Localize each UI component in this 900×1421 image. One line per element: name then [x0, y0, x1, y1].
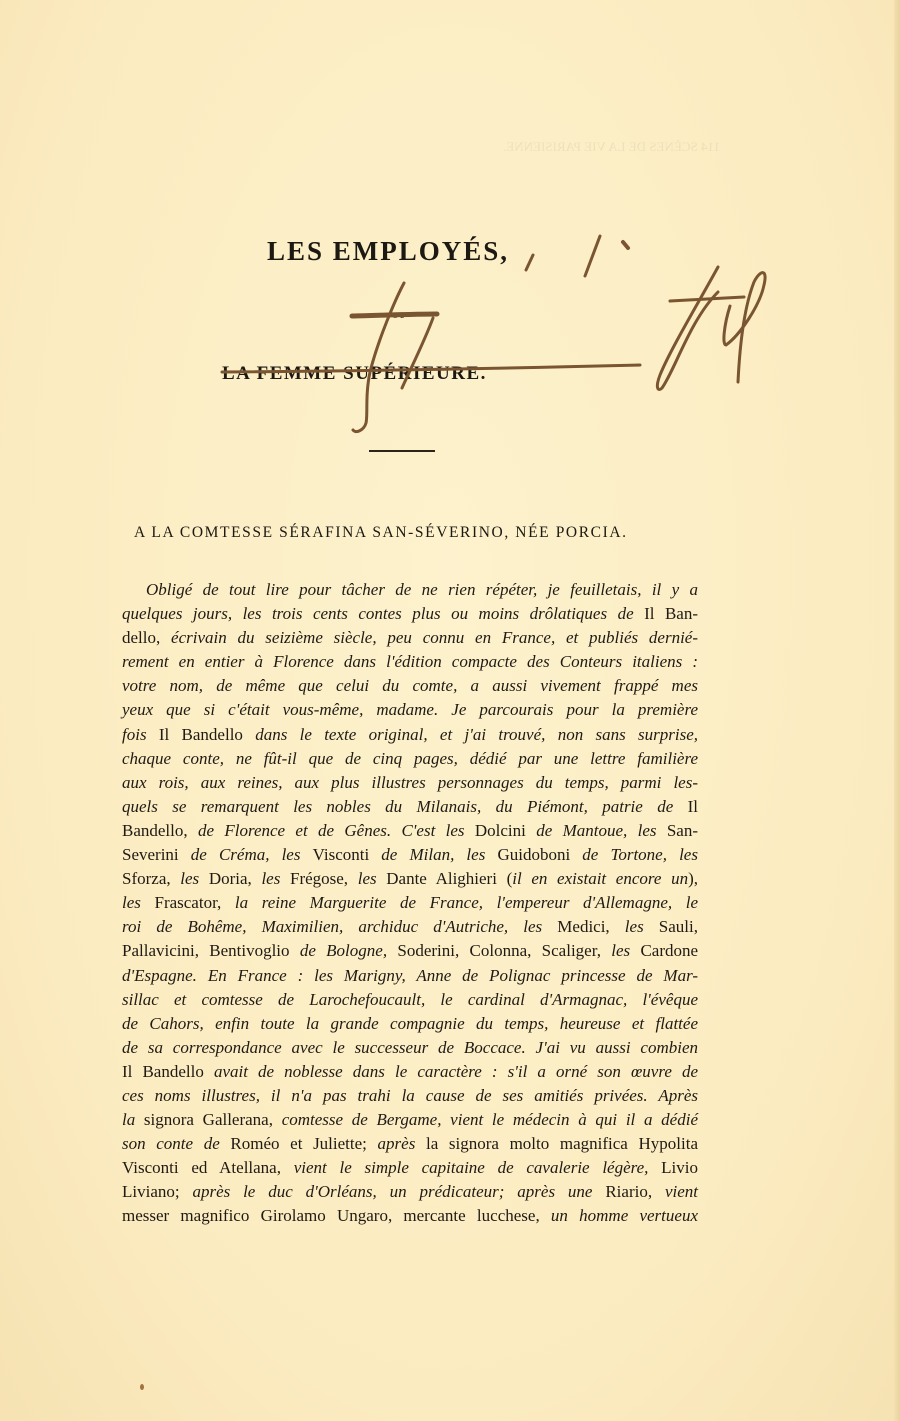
- roman-run: San-: [667, 821, 698, 840]
- title-conjunction: OU: [392, 311, 406, 320]
- scanned-page: 114 SCÈNES DE LA VIE PARISIENNE. LES EMP…: [0, 0, 900, 1421]
- text-line: la signora Gallerana, comtesse de Bergam…: [122, 1108, 698, 1132]
- italic-run: rement en entier à Florence dans l'éditi…: [122, 652, 698, 671]
- text-line: Visconti ed Atellana, vient le simple ca…: [122, 1156, 698, 1180]
- italic-run: son conte de: [122, 1134, 230, 1153]
- italic-run: fois: [122, 725, 159, 744]
- text-line: votre nom, de même que celui du comte, a…: [122, 674, 698, 698]
- text-line: Bandello, de Florence et de Gênes. C'est…: [122, 819, 698, 843]
- roman-run: Pallavicini, Bentivoglio: [122, 941, 300, 960]
- italic-run: les: [625, 917, 659, 936]
- bleed-through-text: 114 SCÈNES DE LA VIE PARISIENNE.: [200, 135, 720, 555]
- italic-run: chaque conte, ne fût-il que de cinq page…: [122, 749, 698, 768]
- text-line: quelques jours, les trois cents contes p…: [122, 602, 698, 626]
- text-line: roi de Bohême, Maximilien, archiduc d'Au…: [122, 915, 698, 939]
- roman-run: Severini: [122, 845, 191, 864]
- text-line: Liviano; après le duc d'Orléans, un préd…: [122, 1180, 698, 1204]
- italic-run: de Florence et de Gênes. C'est les: [198, 821, 475, 840]
- text-line: messer magnifico Girolamo Ungaro, mercan…: [122, 1204, 698, 1228]
- italic-run: les: [261, 869, 290, 888]
- roman-run: Cardone: [640, 941, 698, 960]
- text-line: sillac et comtesse de Larochefoucault, l…: [122, 988, 698, 1012]
- italic-run: de Tortone, les: [582, 845, 698, 864]
- italic-run: la reine Marguerite de France, l'empereu…: [235, 893, 698, 912]
- italic-run: Obligé de tout lire pour tâcher de ne ri…: [146, 580, 698, 599]
- roman-run: ),: [688, 869, 698, 888]
- roman-run: Riario,: [605, 1182, 665, 1201]
- italic-run: roi de Bohême, Maximilien, archiduc d'Au…: [122, 917, 557, 936]
- text-line: yeux que si c'était vous-même, madame. J…: [122, 698, 698, 722]
- text-line: fois Il Bandello dans le texte original,…: [122, 723, 698, 747]
- roman-run: Dante Alighieri (: [386, 869, 512, 888]
- roman-run: Sauli,: [659, 917, 698, 936]
- text-line: de sa correspondance avec le successeur …: [122, 1036, 698, 1060]
- italic-run: les: [611, 941, 640, 960]
- text-line: Pallavicini, Bentivoglio de Bologne, Sod…: [122, 939, 698, 963]
- italic-run: vient: [665, 1182, 698, 1201]
- roman-run: signora Gallerana,: [144, 1110, 282, 1129]
- roman-run: Il Bandello: [122, 1062, 214, 1081]
- italic-run: comtesse de Bergame, vient le médecin à …: [282, 1110, 698, 1129]
- text-line: ces noms illustres, il n'a pas trahi la …: [122, 1084, 698, 1108]
- text-line: de Cahors, enfin toute la grande compagn…: [122, 1012, 698, 1036]
- text-line: quels se remarquent les nobles du Milana…: [122, 795, 698, 819]
- roman-run: messer magnifico Girolamo Ungaro, mercan…: [122, 1206, 551, 1225]
- dedication-heading: A LA COMTESSE SÉRAFINA SAN-SÉVERINO, NÉE…: [134, 524, 628, 542]
- roman-run: Visconti: [313, 845, 382, 864]
- italic-run: de sa correspondance avec le successeur …: [122, 1038, 698, 1057]
- italic-run: de Milan, les: [381, 845, 497, 864]
- roman-run: Soderini, Colonna, Scaliger,: [397, 941, 611, 960]
- text-line: Severini de Créma, les Visconti de Milan…: [122, 843, 698, 867]
- roman-run: Frascator,: [154, 893, 234, 912]
- text-line: son conte de Roméo et Juliette; après la…: [122, 1132, 698, 1156]
- italic-run: d'Espagne. En France : les Marigny, Anne…: [122, 966, 698, 985]
- roman-run: Dolcini: [475, 821, 536, 840]
- text-line: Sforza, les Doria, les Frégose, les Dant…: [122, 867, 698, 891]
- italic-run: de Créma, les: [191, 845, 313, 864]
- italic-run: dans le texte original, et j'ai trouvé, …: [255, 725, 698, 744]
- paper-stain: [140, 1384, 144, 1390]
- italic-run: sillac et comtesse de Larochefoucault, l…: [122, 990, 698, 1009]
- italic-run: quelques jours, les trois cents contes p…: [122, 604, 644, 623]
- roman-run: Bandello,: [122, 821, 198, 840]
- bleed-through-line: 114 SCÈNES DE LA VIE PARISIENNE.: [200, 135, 720, 159]
- text-line: d'Espagne. En France : les Marigny, Anne…: [122, 964, 698, 988]
- roman-run: la signora molto magnifica Hypolita: [426, 1134, 698, 1153]
- roman-run: Visconti ed Atellana,: [122, 1158, 294, 1177]
- italic-run: vient le simple capitaine de cavalerie l…: [294, 1158, 661, 1177]
- italic-run: écrivain du seizième siècle, peu connu e…: [171, 628, 698, 647]
- text-line: chaque conte, ne fût-il que de cinq page…: [122, 747, 698, 771]
- dedication-body: Obligé de tout lire pour tâcher de ne ri…: [122, 578, 698, 1229]
- text-line: rement en entier à Florence dans l'éditi…: [122, 650, 698, 674]
- roman-run: Liviano;: [122, 1182, 192, 1201]
- text-line: dello, écrivain du seizième siècle, peu …: [122, 626, 698, 650]
- italic-run: de Mantoue, les: [536, 821, 667, 840]
- roman-run: Livio: [661, 1158, 698, 1177]
- italic-run: un homme vertueux: [551, 1206, 698, 1225]
- roman-run: Sforza,: [122, 869, 180, 888]
- italic-run: de Cahors, enfin toute la grande compagn…: [122, 1014, 698, 1033]
- page-title: LES EMPLOYÉS,: [267, 236, 509, 267]
- text-line: Obligé de tout lire pour tâcher de ne ri…: [122, 578, 698, 602]
- roman-run: Roméo et Juliette;: [230, 1134, 377, 1153]
- roman-run: Frégose,: [290, 869, 358, 888]
- handwritten-ffl-loop: [724, 273, 765, 382]
- text-line: aux rois, aux reines, aux plus illustres…: [122, 771, 698, 795]
- italic-run: quels se remarquent les nobles du Milana…: [122, 797, 688, 816]
- italic-run: votre nom, de même que celui du comte, a…: [122, 676, 698, 695]
- page-subtitle: LA FEMME SUPÉRIEURE.: [222, 363, 487, 385]
- italic-run: avait de noblesse dans le caractère : s'…: [214, 1062, 698, 1081]
- roman-run: Doria,: [209, 869, 262, 888]
- italic-run: la: [122, 1110, 144, 1129]
- italic-run: il en existait encore un: [512, 869, 688, 888]
- italic-run: aux rois, aux reines, aux plus illustres…: [122, 773, 698, 792]
- section-divider: [369, 450, 435, 452]
- text-line: Il Bandello avait de noblesse dans le ca…: [122, 1060, 698, 1084]
- italic-run: yeux que si c'était vous-même, madame. J…: [122, 700, 698, 719]
- roman-run: Guidoboni: [497, 845, 582, 864]
- roman-run: Il: [688, 797, 698, 816]
- text-line: les Frascator, la reine Marguerite de Fr…: [122, 891, 698, 915]
- italic-run: les: [180, 869, 209, 888]
- italic-run: ces noms illustres, il n'a pas trahi la …: [122, 1086, 698, 1105]
- page-edge: [894, 0, 900, 1421]
- italic-run: après: [378, 1134, 426, 1153]
- italic-run: les: [122, 893, 154, 912]
- roman-run: Medici,: [557, 917, 625, 936]
- italic-run: de Bologne,: [300, 941, 398, 960]
- roman-run: dello,: [122, 628, 171, 647]
- italic-run: les: [358, 869, 387, 888]
- italic-run: après le duc d'Orléans, un prédicateur; …: [192, 1182, 605, 1201]
- roman-run: Il Bandello: [159, 725, 255, 744]
- roman-run: Il Ban-: [644, 604, 698, 623]
